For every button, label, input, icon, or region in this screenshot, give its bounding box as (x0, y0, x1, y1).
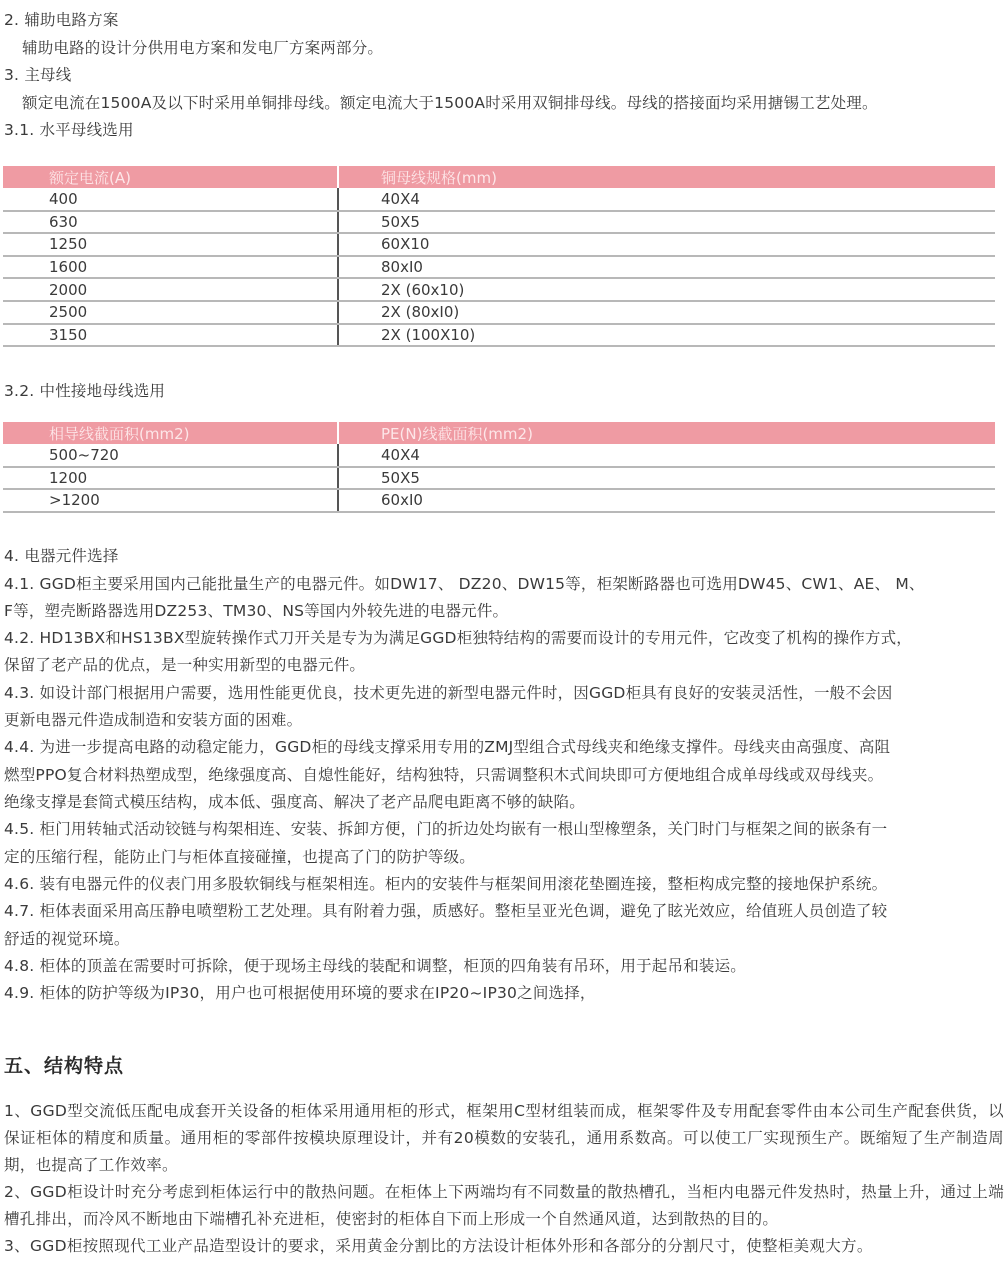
structure-paragraph: 1、GGD型交流低压配电成套开关设备的柜体采用通用柜的形式，框架用C型材组装而成… (4, 1098, 1004, 1179)
table-cell: 40X4 (338, 188, 995, 211)
table-row: 25002X (80xI0) (3, 301, 995, 324)
section-heading-auxiliary-circuit: 2. 辅助电路方案 (4, 9, 119, 31)
auxiliary-circuit-text: 辅助电路的设计分供用电方案和发电厂方案两部分。 (22, 37, 383, 59)
component-text-line: 定的压缩行程，能防止门与柜体直接碰撞，也提高了门的防护等级。 (4, 846, 475, 868)
section-heading-structure-features: 五、结构特点 (4, 1051, 124, 1078)
table-row: 160080xI0 (3, 256, 995, 279)
column-header: 额定电流(A) (3, 166, 338, 188)
component-text-line: 4.2. HD13BX和HS13BX型旋转操作式刀开关是专为为满足GGD柜独特结… (4, 627, 912, 649)
table-cell: 400 (3, 188, 338, 211)
table-row: 120050X5 (3, 467, 995, 490)
table-cell: 3150 (3, 324, 338, 347)
table-cell: 2000 (3, 278, 338, 301)
table-row: 31502X (100X10) (3, 324, 995, 347)
subsection-heading-horizontal-busbar: 3.1. 水平母线选用 (4, 119, 134, 141)
table-row: 125060X10 (3, 233, 995, 256)
table-row: >120060xI0 (3, 489, 995, 512)
section-heading-main-busbar: 3. 主母线 (4, 64, 71, 86)
table-header-row: 额定电流(A) 铜母线规格(mm) (3, 166, 995, 188)
subsection-heading-neutral-busbar: 3.2. 中性接地母线选用 (4, 380, 165, 402)
neutral-busbar-table: 相导线截面积(mm2) PE(N)线截面积(mm2) 500~72040X4 1… (3, 422, 995, 513)
column-header: PE(N)线截面积(mm2) (338, 422, 995, 444)
component-text-line: F等，塑壳断路器选用DZ253、TM30、NS等国内外较先进的电器元件。 (4, 600, 508, 622)
table-cell: 60xI0 (338, 489, 995, 512)
table-cell: 80xI0 (338, 256, 995, 279)
section-heading-electrical-components: 4. 电器元件选择 (4, 545, 119, 567)
table-cell: 1200 (3, 467, 338, 490)
component-text-line: 燃型PPO复合材料热塑成型，绝缘强度高、自熄性能好，结构独特，只需调整积木式间块… (4, 764, 883, 786)
table-header-row: 相导线截面积(mm2) PE(N)线截面积(mm2) (3, 422, 995, 444)
component-text-line: 4.4. 为进一步提高电路的动稳定能力，GGD柜的母线支撑采用专用的ZMJ型组合… (4, 736, 890, 758)
component-text-line: 4.1. GGD柜主要采用国内己能批量生产的电器元件。如DW17、 DZ20、D… (4, 573, 925, 595)
table-cell: 2500 (3, 301, 338, 324)
component-text-line: 绝缘支撑是套简式模压结构，成本低、强度高、解决了老产品爬电距离不够的缺陷。 (4, 791, 585, 813)
structure-paragraph: 3、GGD柜按照现代工业产品造型设计的要求，采用黄金分割比的方法设计柜体外形和各… (4, 1233, 1004, 1260)
table-cell: 50X5 (338, 211, 995, 234)
component-text-line: 更新电器元件造成制造和安装方面的困难。 (4, 709, 302, 731)
table-cell: 500~720 (3, 444, 338, 467)
component-text-line: 4.3. 如设计部门根据用户需要，选用性能更优良，技术更先进的新型电器元件时，因… (4, 682, 892, 704)
table-cell: 2X (100X10) (338, 324, 995, 347)
structure-paragraph: 2、GGD柜设计时充分考虑到柜体运行中的散热问题。在柜体上下两端均有不同数量的散… (4, 1179, 1004, 1233)
table-cell: >1200 (3, 489, 338, 512)
table-cell: 2X (80xI0) (338, 301, 995, 324)
table-row: 63050X5 (3, 211, 995, 234)
table-cell: 1600 (3, 256, 338, 279)
column-header: 铜母线规格(mm) (338, 166, 995, 188)
component-text-line: 4.9. 柜体的防护等级为IP30，用户也可根据使用环境的要求在IP20~IP3… (4, 982, 596, 1004)
component-text-line: 舒适的视觉环境。 (4, 928, 130, 950)
table-row: 500~72040X4 (3, 444, 995, 467)
table-cell: 40X4 (338, 444, 995, 467)
table-cell: 60X10 (338, 233, 995, 256)
table-row: 20002X (60x10) (3, 278, 995, 301)
table-cell: 50X5 (338, 467, 995, 490)
component-text-line: 4.7. 柜体表面采用高压静电喷塑粉工艺处理。具有附着力强，质感好。整柜呈亚光色… (4, 900, 887, 922)
table-cell: 1250 (3, 233, 338, 256)
component-text-line: 4.6. 装有电器元件的仪表门用多股软铜线与框架相连。柜内的安装件与框架间用滚花… (4, 873, 887, 895)
component-text-line: 4.5. 柜门用转轴式活动铰链与构架相连、安装、拆卸方便，门的折边处均嵌有一根山… (4, 818, 887, 840)
column-header: 相导线截面积(mm2) (3, 422, 338, 444)
horizontal-busbar-table: 额定电流(A) 铜母线规格(mm) 40040X4 63050X5 125060… (3, 166, 995, 347)
table-cell: 2X (60x10) (338, 278, 995, 301)
component-text-line: 4.8. 柜体的顶盖在需要时可拆除，便于现场主母线的装配和调整，柜顶的四角装有吊… (4, 955, 746, 977)
component-text-line: 保留了老产品的优点，是一种实用新型的电器元件。 (4, 654, 365, 676)
main-busbar-text: 额定电流在1500A及以下时采用单铜排母线。额定电流大于1500A时采用双铜排母… (22, 92, 878, 114)
table-cell: 630 (3, 211, 338, 234)
table-row: 40040X4 (3, 188, 995, 211)
